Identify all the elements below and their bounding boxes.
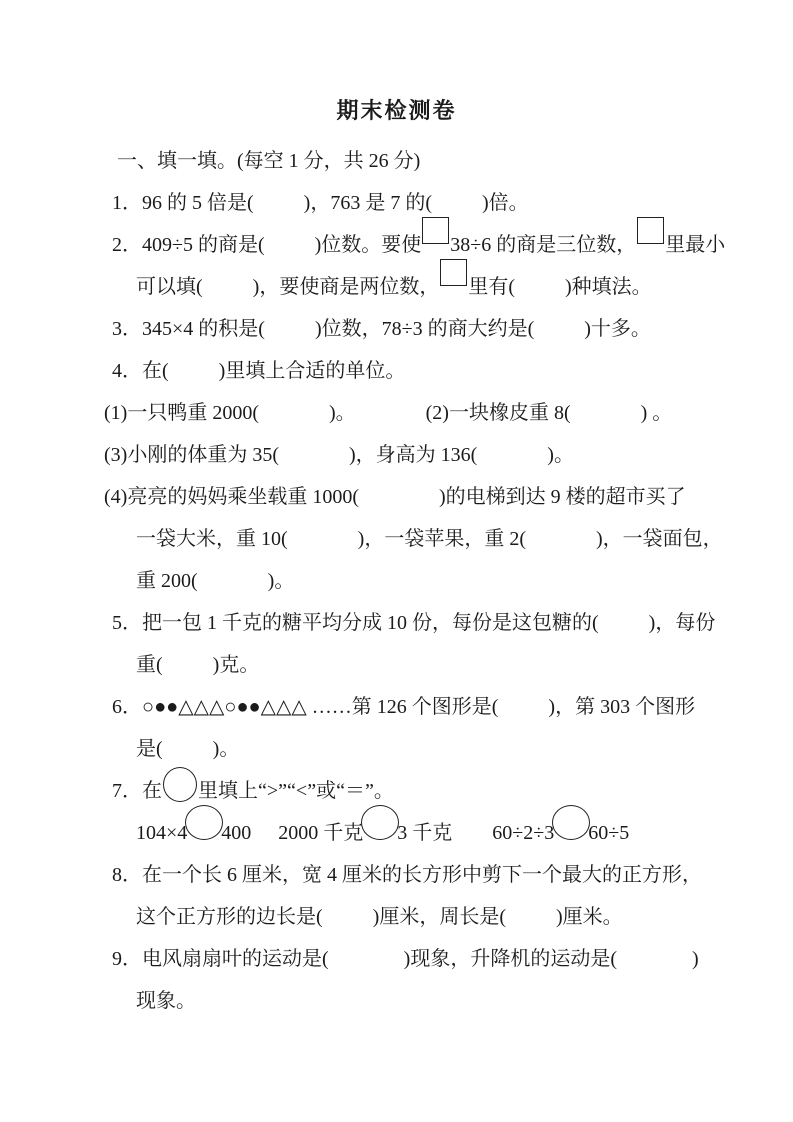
q2-l1-text-3: 里最小 — [665, 234, 725, 256]
question-4-sub-4-cont-2: 重 200( )。 — [104, 560, 793, 602]
question-4-line-1: 4．在( )里填上合适的单位。 — [104, 350, 793, 392]
q2-l2-text-1: 可以填( )，要使商是两位数， — [136, 276, 439, 298]
question-6-line-2: 是( )。 — [104, 728, 793, 770]
q7-e2-right: 3 千克 — [397, 822, 452, 844]
q2-l1-text-2: 38÷6 的商是三位数， — [450, 234, 636, 256]
question-8-line-2: 这个正方形的边长是( )厘米，周长是( )厘米。 — [104, 896, 793, 938]
q2-l2-text-2: 里有( )种填法。 — [468, 276, 651, 298]
question-4-sub-4: (4)亮亮的妈妈乘坐载重 1000( )的电梯到达 9 楼的超市买了 — [104, 476, 793, 518]
question-4-sub-4-cont-1: 一袋大米，重 10( )，一袋苹果，重 2( )，一袋面包， — [104, 518, 793, 560]
compare-circle-icon — [552, 805, 590, 840]
answer-box-icon — [440, 259, 467, 286]
compare-circle-icon — [163, 767, 197, 802]
question-7-expressions: 104×44002000 千克3 千克60÷2÷360÷5 — [104, 812, 793, 854]
q7-e3-left: 60÷2÷3 — [492, 822, 554, 844]
exam-paper: 期末检测卷 一、填一填。(每空 1 分，共 26 分) 1．96 的 5 倍是(… — [0, 0, 793, 1122]
q7-expression-2: 2000 千克3 千克 — [278, 822, 452, 844]
q7-e3-right: 60÷5 — [588, 822, 629, 844]
answer-box-icon — [422, 217, 449, 244]
question-5-line-1: 5．把一包 1 千克的糖平均分成 10 份，每份是这包糖的( )，每份 — [104, 602, 793, 644]
question-6-line-1: 6．○●●△△△○●●△△△ ……第 126 个图形是( )，第 303 个图形 — [104, 686, 793, 728]
question-9-line-1: 9．电风扇扇叶的运动是( )现象，升降机的运动是( ) — [104, 938, 793, 980]
section-1-heading: 一、填一填。(每空 1 分，共 26 分) — [104, 140, 793, 182]
q2-l1-text-1: 2．409÷5 的商是( )位数。要使 — [112, 234, 421, 256]
question-5-line-2: 重( )克。 — [104, 644, 793, 686]
question-3: 3．345×4 的积是( )位数，78÷3 的商大约是( )十多。 — [104, 308, 793, 350]
question-4-sub-1-2: (1)一只鸭重 2000( )。 (2)一块橡皮重 8( ) 。 — [104, 392, 793, 434]
q7-expression-3: 60÷2÷360÷5 — [492, 822, 629, 844]
q7-e1-right: 400 — [221, 822, 251, 844]
q7-e1-left: 104×4 — [136, 822, 187, 844]
question-2-line-2: 可以填( )，要使商是两位数，里有( )种填法。 — [104, 266, 793, 308]
page-title: 期末检测卷 — [0, 94, 793, 128]
q7-l1-text-2: 里填上“>”“<”或“＝”。 — [198, 780, 394, 802]
question-9-line-2: 现象。 — [104, 980, 793, 1022]
question-4-sub-3: (3)小刚的体重为 35( )，身高为 136( )。 — [104, 434, 793, 476]
compare-circle-icon — [361, 805, 399, 840]
q7-l1-text-1: 7．在 — [112, 780, 162, 802]
question-8-line-1: 8．在一个长 6 厘米，宽 4 厘米的长方形中剪下一个最大的正方形， — [104, 854, 793, 896]
q7-expression-1: 104×4400 — [136, 822, 251, 844]
q7-e2-left: 2000 千克 — [278, 822, 363, 844]
answer-box-icon — [637, 217, 664, 244]
compare-circle-icon — [185, 805, 223, 840]
